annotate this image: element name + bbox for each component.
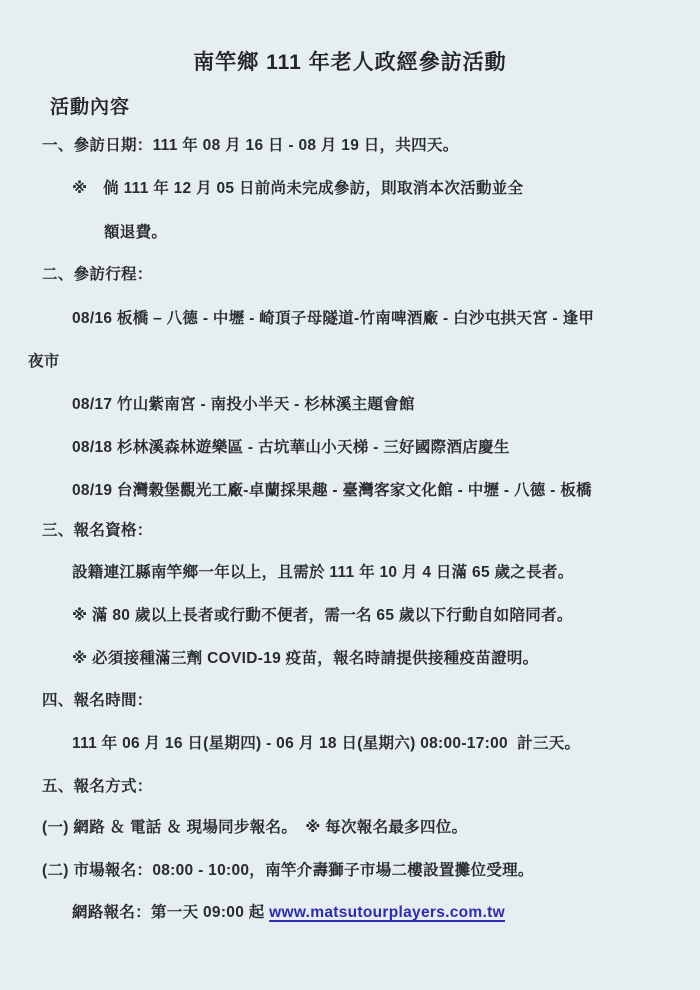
itinerary-heading: 二、參訪行程： (42, 265, 153, 285)
itinerary-day2: 08/17 竹山紫南宮 - 南投小半天 - 杉林溪主題會館 (72, 395, 415, 415)
registration-website-link[interactable]: www.matsutourplayers.com.tw (269, 904, 505, 921)
cancel-note-line-2: 額退費。 (104, 223, 167, 243)
section-heading-activity-content: 活動內容 (50, 92, 130, 119)
web-signup-prefix: 網路報名：第一天 09:00 起 (72, 904, 269, 921)
cancel-note-line-1: ※ 倘 111 年 12 月 05 日前尚未完成參訪，則取消本次活動並全 (72, 179, 523, 199)
registration-method-1: (一) 網路 ＆ 電話 ＆ 現場同步報名。 ※ 每次報名最多四位。 (42, 818, 467, 838)
page-title: 南竿鄉 111 年老人政經參訪活動 (0, 46, 700, 76)
itinerary-day4: 08/19 台灣穀堡觀光工廠-卓蘭採果趣 - 臺灣客家文化館 - 中壢 - 八德… (72, 481, 592, 501)
eligibility-note-2: ※ 必須接種滿三劑 COVID-19 疫苗，報名時請提供接種疫苗證明。 (72, 649, 538, 669)
registration-method-heading: 五、報名方式： (42, 777, 153, 797)
registration-time-detail: 111 年 06 月 16 日(星期四) - 06 月 18 日(星期六) 08… (72, 734, 580, 754)
eligibility-note-1: ※ 滿 80 歲以上長者或行動不便者，需一名 65 歲以下行動自如陪同者。 (72, 606, 573, 626)
itinerary-day3: 08/18 杉林溪森林遊樂區 - 古坑華山小天梯 - 三好國際酒店慶生 (72, 438, 510, 458)
web-signup-line: 網路報名：第一天 09:00 起 www.matsutourplayers.co… (72, 903, 505, 923)
itinerary-day1-line-1: 08/16 板橋 – 八德 - 中壢 - 崎頂子母隧道-竹南啤酒廠 - 白沙屯拱… (72, 309, 594, 329)
itinerary-day1-line-2: 夜市 (28, 352, 60, 372)
visit-date-line: 一、參訪日期：111 年 08 月 16 日 - 08 月 19 日，共四天。 (42, 136, 459, 156)
registration-method-2: (二) 市場報名：08:00 - 10:00，南竿介壽獅子市場二樓設置攤位受理。 (42, 861, 534, 881)
registration-time-heading: 四、報名時間： (42, 691, 153, 711)
eligibility-rule: 設籍連江縣南竿鄉一年以上，且需於 111 年 10 月 4 日滿 65 歲之長者… (72, 563, 574, 583)
document-page: { "colors": { "background": "#e7eef1", "… (0, 0, 700, 990)
eligibility-heading: 三、報名資格： (42, 521, 153, 541)
